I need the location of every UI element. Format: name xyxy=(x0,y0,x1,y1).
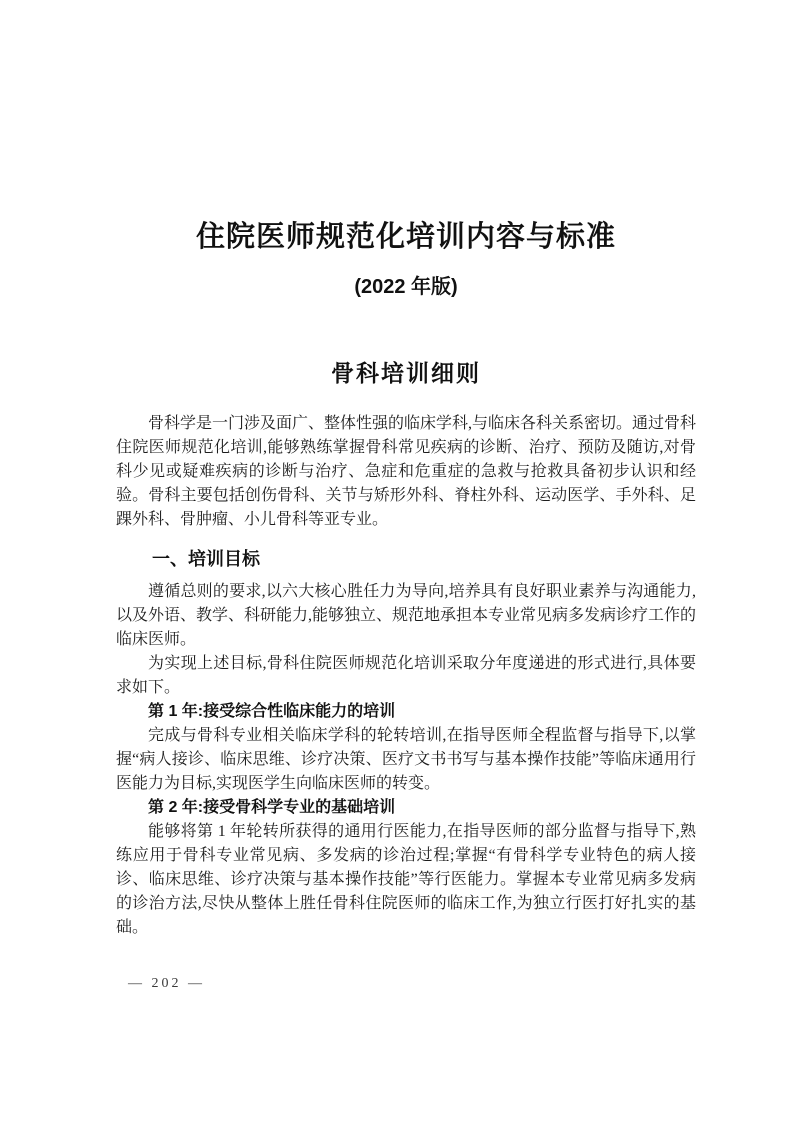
page-content: 住院医师规范化培训内容与标准 (2022 年版) 骨科培训细则 骨科学是一门涉及… xyxy=(116,0,696,940)
document-page: 住院医师规范化培训内容与标准 (2022 年版) 骨科培训细则 骨科学是一门涉及… xyxy=(0,0,800,1131)
year1-paragraph: 完成与骨科专业相关临床学科的轮转培训,在指导医师全程监督与指导下,以掌握“病人接… xyxy=(116,724,696,796)
training-goals-paragraph-1: 遵循总则的要求,以六大核心胜任力为导向,培养具有良好职业素养与沟通能力,以及外语… xyxy=(116,580,696,652)
intro-paragraph: 骨科学是一门涉及面广、整体性强的临床学科,与临床各科关系密切。通过骨科住院医师规… xyxy=(116,412,696,532)
year2-heading: 第 2 年:接受骨科学专业的基础培训 xyxy=(116,796,696,820)
section-title: 骨科培训细则 xyxy=(116,358,696,388)
year2-paragraph: 能够将第 1 年轮转所获得的通用行医能力,在指导医师的部分监督与指导下,熟练应用… xyxy=(116,820,696,940)
heading-training-goals: 一、培训目标 xyxy=(116,546,696,572)
edition-label: (2022 年版) xyxy=(116,274,696,300)
training-goals-paragraph-2: 为实现上述目标,骨科住院医师规范化培训采取分年度递进的形式进行,具体要求如下。 xyxy=(116,652,696,700)
page-number: — 202 — xyxy=(128,976,205,992)
year1-heading: 第 1 年:接受综合性临床能力的培训 xyxy=(116,700,696,724)
document-title: 住院医师规范化培训内容与标准 xyxy=(116,220,696,254)
